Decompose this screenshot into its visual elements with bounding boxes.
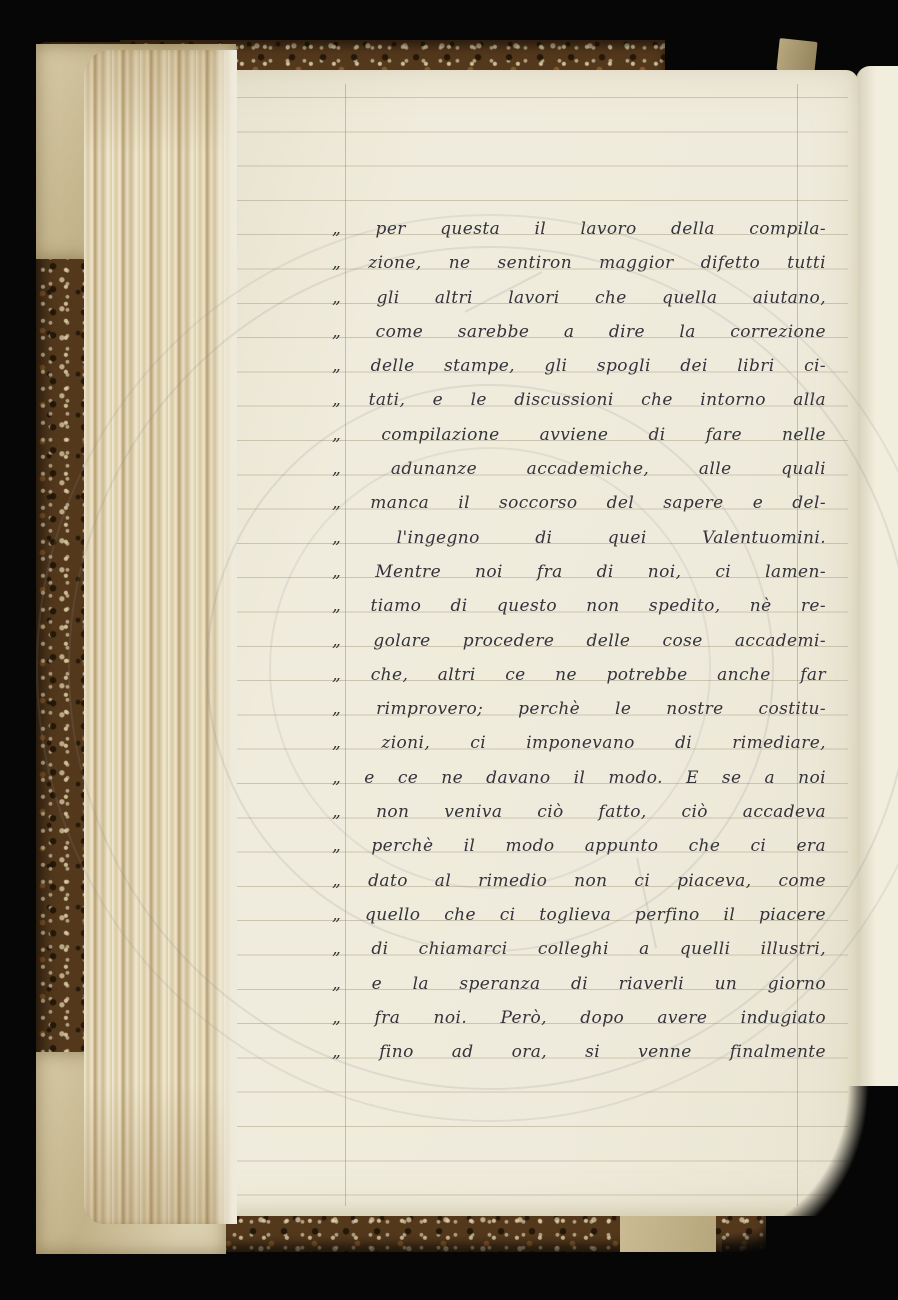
stacked-page-edges — [84, 50, 236, 1224]
manuscript-line: „ gli altri lavori che quella aiutano, — [332, 281, 826, 315]
vellum-patch-bottom — [620, 1214, 716, 1252]
facing-page-curl — [856, 66, 898, 1192]
manuscript-line: „ manca il soccorso del sapere e del- — [332, 486, 826, 520]
manuscript-line: „ perchè il modo appunto che ci era — [332, 829, 826, 863]
manuscript-line: „ Mentre noi fra di noi, ci lamen- — [332, 555, 826, 589]
manuscript-line: „ fra noi. Però, dopo avere indugiato — [332, 1001, 826, 1035]
manuscript-line: „ di chiamarci colleghi a quelli illustr… — [332, 932, 826, 966]
manuscript-line: „ golare procedere delle cose accademi- — [332, 624, 826, 658]
manuscript-text: „ per questa il lavoro della compila- „ … — [332, 212, 826, 1069]
manuscript-line: „ dato al rimedio non ci piaceva, come — [332, 864, 826, 898]
manuscript-line: „ tiamo di questo non spedito, nè re- — [332, 589, 826, 623]
manuscript-line: „ zioni, ci imponevano di rimediare, — [332, 726, 826, 760]
manuscript-line: „ e ce ne davano il modo. E se a noi — [332, 761, 826, 795]
manuscript-line: „ fino ad ora, si venne finalmente — [332, 1035, 826, 1069]
photo-corner-shadow — [722, 1086, 898, 1300]
manuscript-line: „ compilazione avviene di fare nelle — [332, 418, 826, 452]
manuscript-line: „ che, altri ce ne potrebbe anche far — [332, 658, 826, 692]
manuscript-line: „ rimprovero; perchè le nostre costitu- — [332, 692, 826, 726]
manuscript-line: „ tati, e le discussioni che intorno all… — [332, 383, 826, 417]
manuscript-line: „ e la speranza di riaverli un giorno — [332, 967, 826, 1001]
manuscript-photo: 152 „ per questa il lavoro della compila… — [0, 0, 898, 1300]
manuscript-line: „ l'ingegno di quei Valentuomini. — [332, 521, 826, 555]
manuscript-line: „ adunanze accademiche, alle quali — [332, 452, 826, 486]
manuscript-page: 152 „ per questa il lavoro della compila… — [158, 70, 858, 1216]
manuscript-line: „ come sarebbe a dire la correzione — [332, 315, 826, 349]
manuscript-line: „ delle stampe, gli spogli dei libri ci- — [332, 349, 826, 383]
manuscript-line: „ non veniva ciò fatto, ciò accadeva — [332, 795, 826, 829]
manuscript-line: „ quello che ci toglieva perfino il piac… — [332, 898, 826, 932]
binding-sliver-top-right — [776, 38, 817, 74]
manuscript-line: „ per questa il lavoro della compila- — [332, 212, 826, 246]
manuscript-line: „ zione, ne sentiron maggior difetto tut… — [332, 246, 826, 280]
